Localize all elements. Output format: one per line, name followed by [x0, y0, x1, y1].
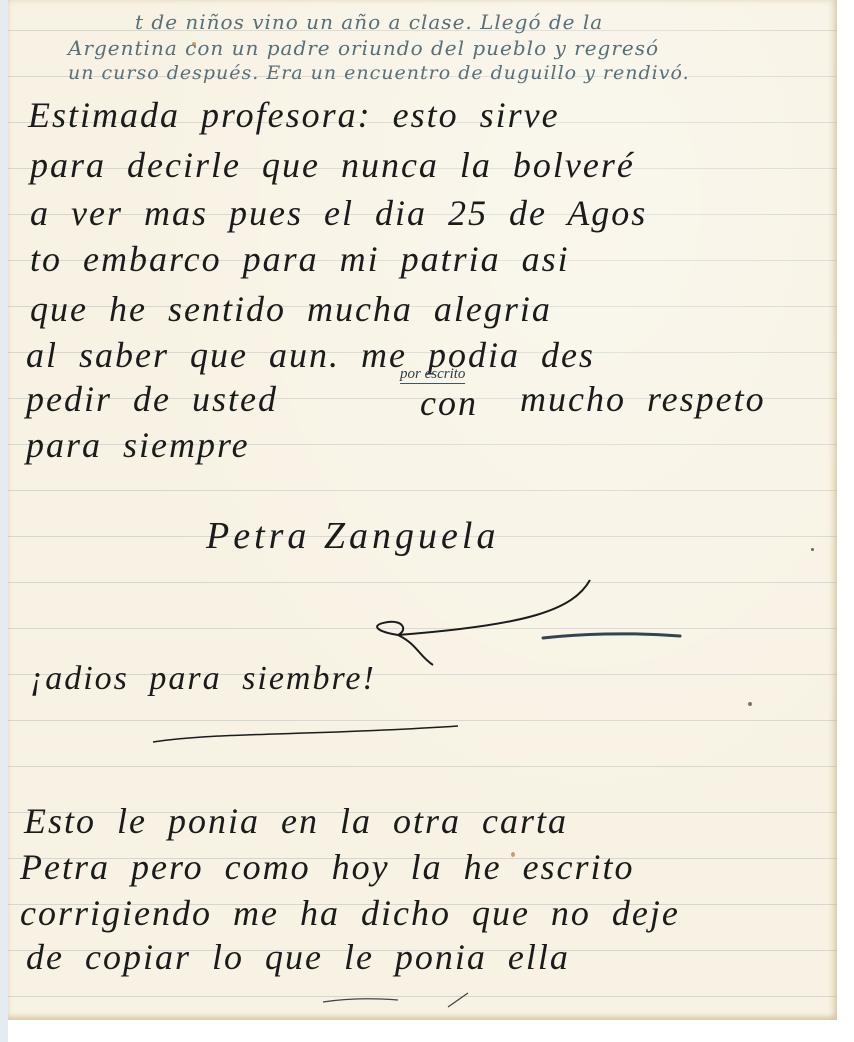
postscript-line: de copiar lo que le ponia ella: [26, 936, 570, 978]
letter-line: a ver mas pues el dia 25 de Agos: [30, 192, 647, 234]
letter-line: pedir de usted: [26, 378, 278, 420]
scan-left-edge: [0, 0, 8, 1042]
letter-line: al saber que aun. me podia des: [26, 334, 595, 376]
letter-line: para siempre: [26, 424, 250, 466]
signature: Petra Zanguela: [206, 514, 499, 558]
paper-stain: [192, 42, 196, 46]
letter-paper: t de niños vino un año a clase. Llegó de…: [8, 0, 837, 1020]
farewell: ¡adios para siembre!: [30, 660, 376, 698]
letter-line: mucho respeto: [520, 378, 766, 420]
closing-marks-icon: [318, 990, 518, 1020]
paper-stain: [811, 548, 814, 551]
paper-stain: [511, 852, 515, 857]
farewell-underline-icon: [148, 720, 478, 750]
letter-line: to embarco para mi patria asi: [30, 238, 570, 280]
pencil-note-line-1: t de niños vino un año a clase. Llegó de…: [135, 10, 603, 34]
letter-salutation: Estimada profesora: esto sirve: [28, 94, 560, 136]
letter-line: para decirle que nunca la bolveré: [30, 144, 635, 186]
postscript-line: Esto le ponia en la otra carta: [24, 800, 568, 842]
pencil-note-line-3: un curso después. Era un encuentro de du…: [68, 62, 690, 84]
insertion-below-text: con: [420, 382, 478, 424]
pencil-note-line-2: Argentina con un padre oriundo del puebl…: [68, 36, 659, 60]
postscript-line: corrigiendo me ha dicho que no deje: [20, 892, 680, 934]
paper-stain: [748, 702, 752, 706]
postscript-line: Petra pero como hoy la he escrito: [20, 846, 635, 888]
letter-line: que he sentido mucha alegria: [30, 288, 552, 330]
signature-flourish-icon: [358, 570, 688, 680]
